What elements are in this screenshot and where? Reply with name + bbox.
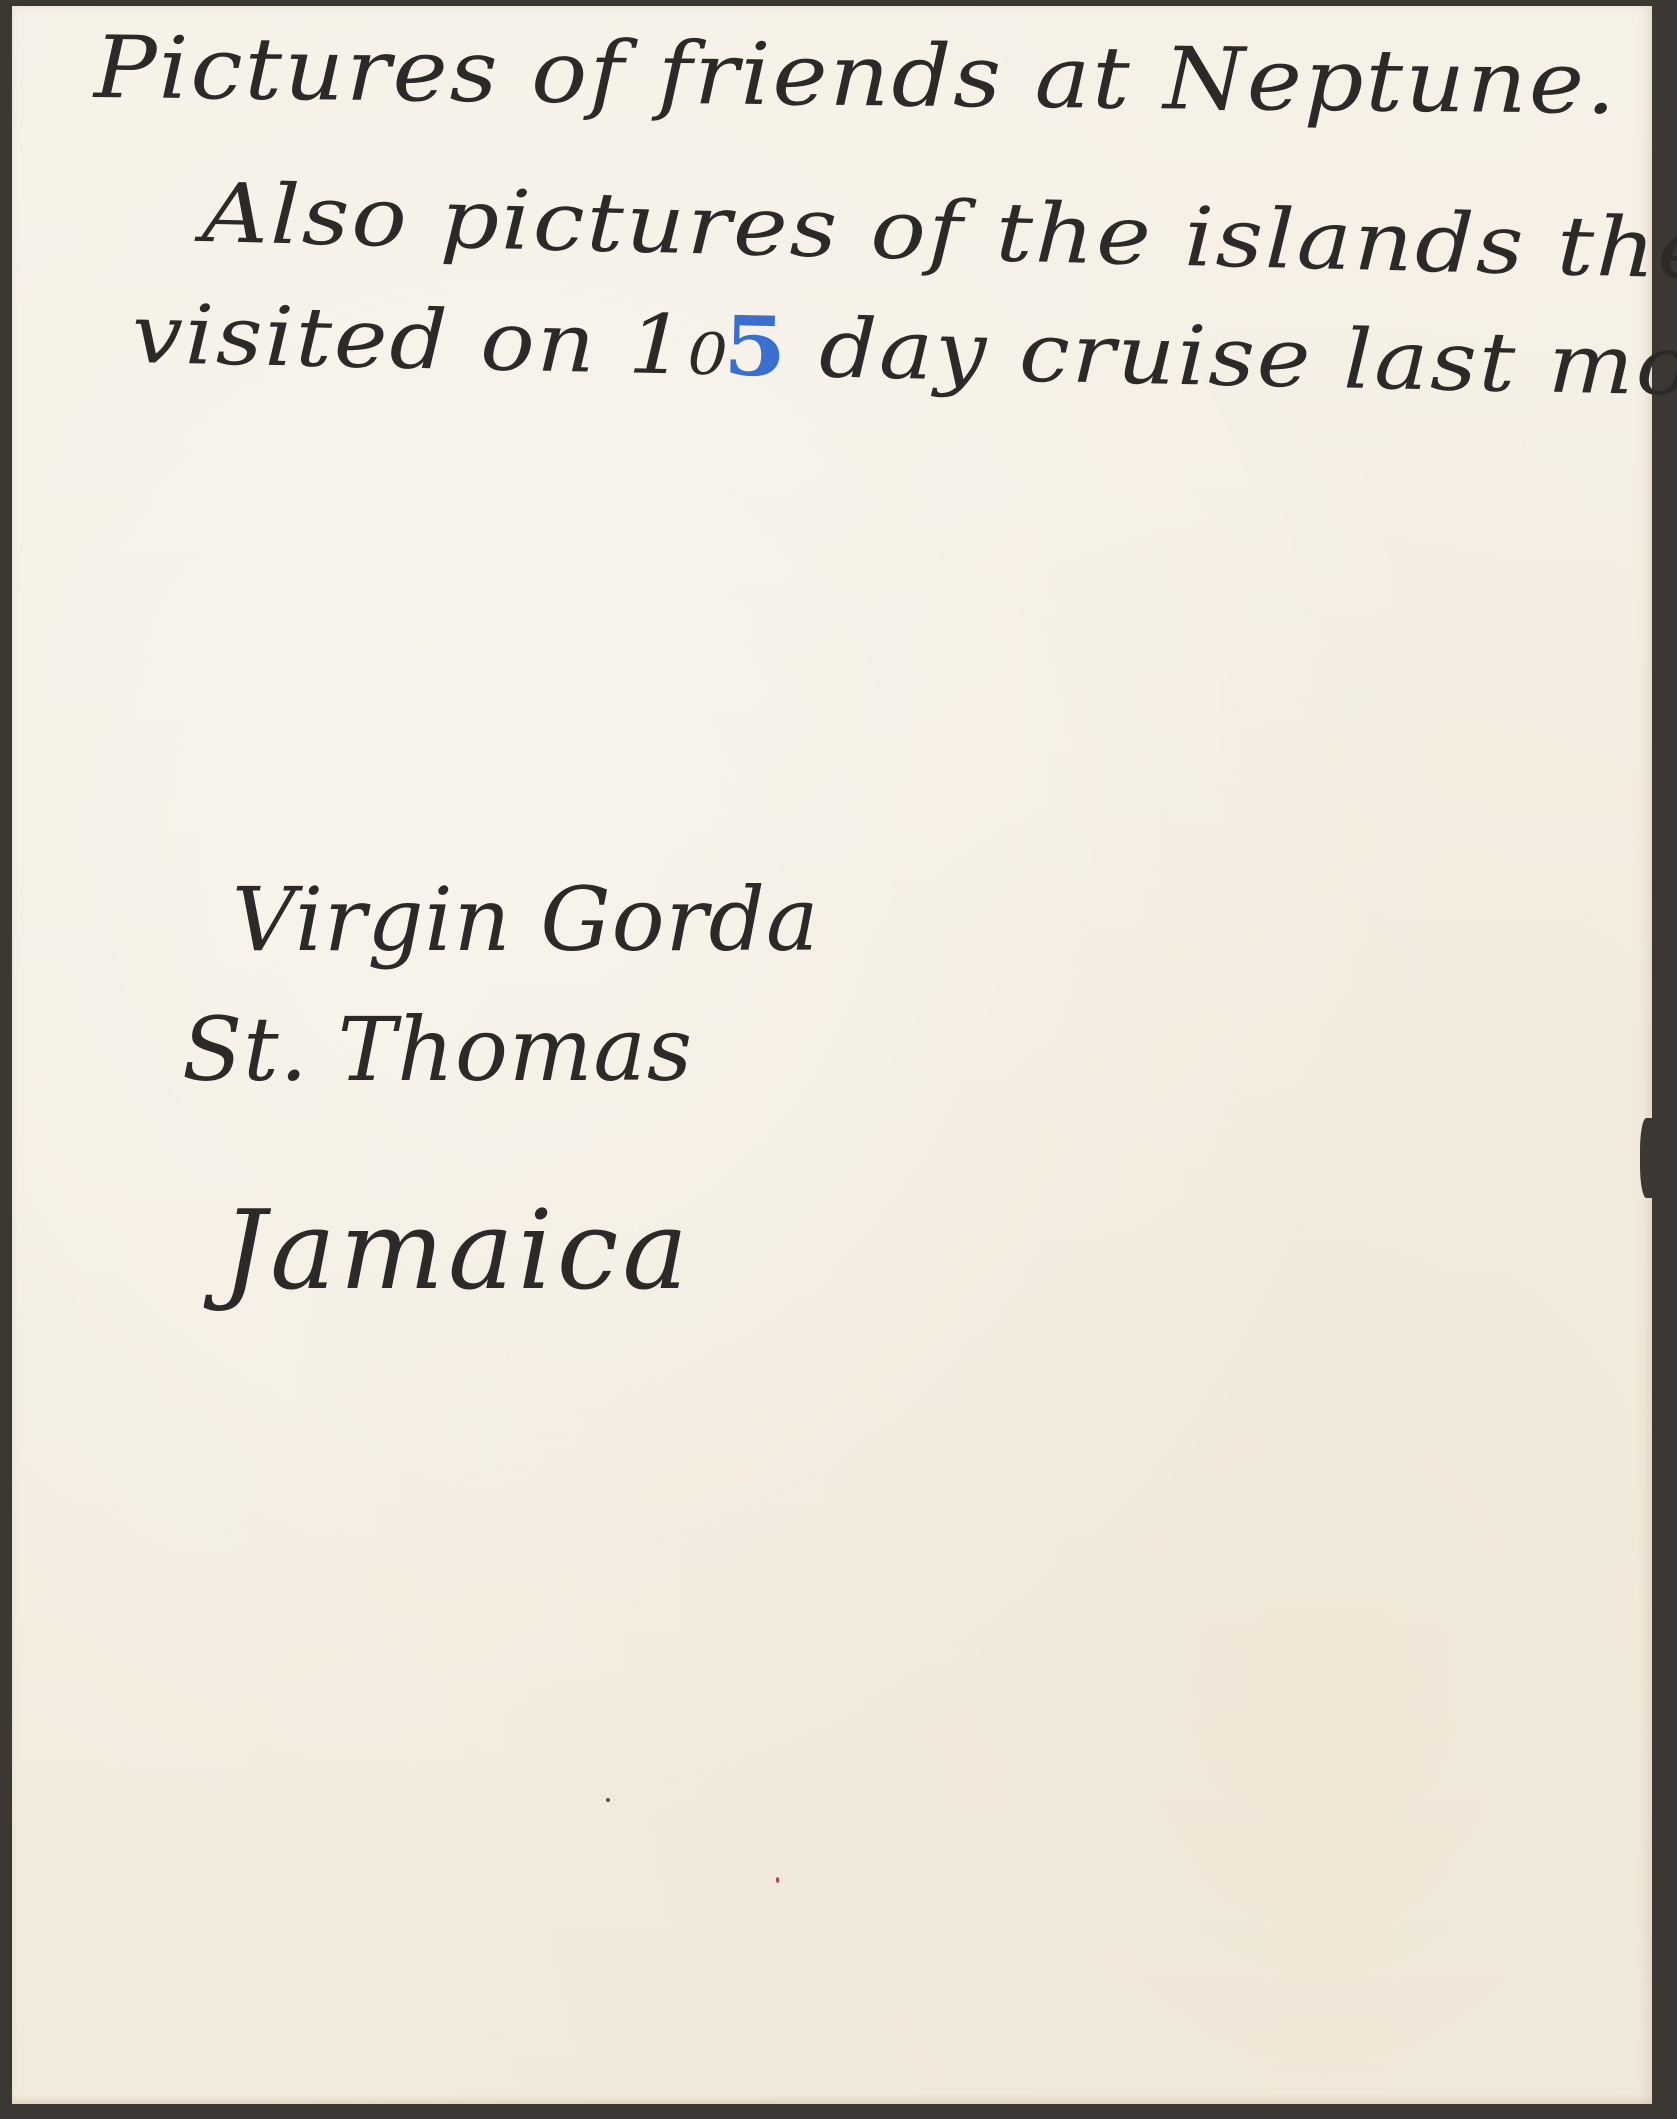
note-line-2: Also pictures of the islands they (201, 166, 1677, 299)
note-line-3-end: day cruise last month. (787, 301, 1677, 419)
note-line-3-start: visited on 1 (131, 287, 689, 394)
note-line-3: visited on 105 day cruise last month. (131, 286, 1677, 419)
island-virgin-gorda: Virgin Gorda (232, 868, 819, 971)
island-st-thomas: St. Thomas (182, 998, 693, 1101)
note-line-1: Pictures of friends at Neptune. (93, 18, 1618, 134)
handwritten-page: Pictures of friends at Neptune. Also pic… (12, 6, 1652, 2104)
ink-speck (606, 1798, 610, 1802)
paper-edge-notch (1640, 1118, 1656, 1198)
red-speck (776, 1877, 779, 1883)
blue-ink-correction: 5 (722, 298, 789, 395)
island-jamaica: Jamaica (222, 1186, 692, 1314)
